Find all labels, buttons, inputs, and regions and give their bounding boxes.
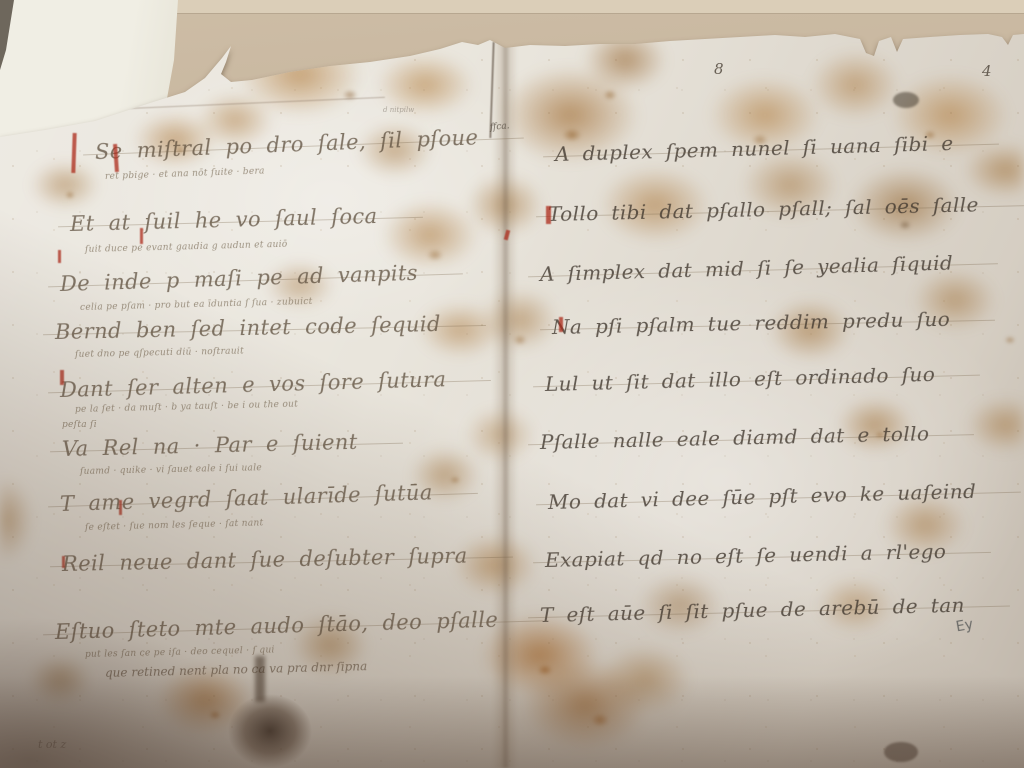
parchment-wrap: 8 4 ffca. d nitpilw Ey t ot z Se miſtral… [0,0,1024,768]
manuscript-photo: 8 4 ffca. d nitpilw Ey t ot z Se miſtral… [0,0,1024,768]
parchment-leaf: 8 4 ffca. d nitpilw Ey t ot z Se miſtral… [0,0,1024,768]
shadow-shading [0,0,1024,768]
